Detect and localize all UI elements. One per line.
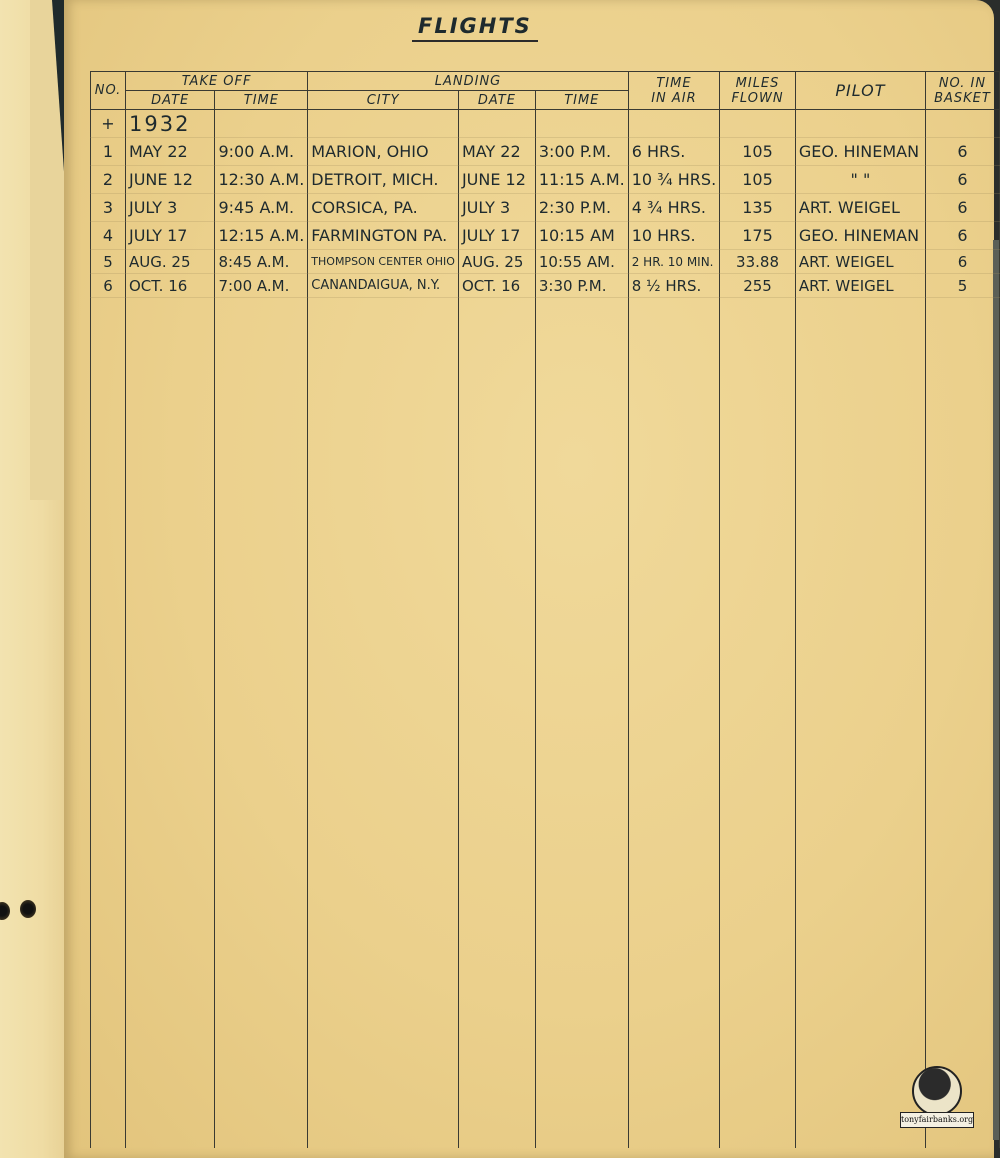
page-title: FLIGHTS xyxy=(412,14,538,42)
header-no-in-basket-line1: NO. IN xyxy=(929,76,996,91)
flight-no: 3 xyxy=(91,194,126,222)
takeoff-date: JULY 17 xyxy=(126,222,215,250)
miles-flown: 33.88 xyxy=(720,250,796,274)
table-row: 6 OCT. 16 7:00 A.M. CANANDAIGUA, N.Y. OC… xyxy=(91,274,1000,298)
landing-date: MAY 22 xyxy=(458,138,535,166)
pilot: ART. WEIGEL xyxy=(795,194,925,222)
no-in-basket: 6 xyxy=(925,138,999,166)
watermark-logo: tonyfairbanks.org xyxy=(900,1066,972,1132)
landing-time: 3:00 P.M. xyxy=(535,138,628,166)
landing-city: DETROIT, MICH. xyxy=(308,166,459,194)
no-in-basket: 6 xyxy=(925,250,999,274)
punch-hole xyxy=(20,900,36,918)
year-row: + 1932 xyxy=(91,110,1000,138)
header-miles-flown: MILES FLOWN xyxy=(720,72,796,110)
landing-city: CORSICA, PA. xyxy=(308,194,459,222)
time-in-air: 4 ¾ HRS. xyxy=(628,194,719,222)
landing-city: FARMINGTON PA. xyxy=(308,222,459,250)
table-row: 3 JULY 3 9:45 A.M. CORSICA, PA. JULY 3 2… xyxy=(91,194,1000,222)
miles-flown: 105 xyxy=(720,138,796,166)
flight-no: 2 xyxy=(91,166,126,194)
header-pilot: PILOT xyxy=(795,72,925,110)
landing-time: 2:30 P.M. xyxy=(535,194,628,222)
landing-date: JULY 17 xyxy=(458,222,535,250)
pilot: GEO. HINEMAN xyxy=(795,138,925,166)
landing-time: 10:15 AM xyxy=(535,222,628,250)
header-takeoff-date: DATE xyxy=(126,91,215,110)
year-marker: + xyxy=(91,110,126,138)
no-in-basket: 5 xyxy=(925,274,999,298)
watermark-text: tonyfairbanks.org xyxy=(900,1112,974,1128)
flight-no: 4 xyxy=(91,222,126,250)
header-no-in-basket-line2: BASKET xyxy=(929,91,996,106)
takeoff-date: JUNE 12 xyxy=(126,166,215,194)
header-landing-city: CITY xyxy=(308,91,459,110)
table-row: 5 AUG. 25 8:45 A.M. THOMPSON CENTER OHIO… xyxy=(91,250,1000,274)
flight-log-table: NO. TAKE OFF LANDING TIME IN AIR MILES F… xyxy=(90,71,1000,1148)
year-label: 1932 xyxy=(126,110,215,138)
table-row: 1 MAY 22 9:00 A.M. MARION, OHIO MAY 22 3… xyxy=(91,138,1000,166)
time-in-air: 10 HRS. xyxy=(628,222,719,250)
no-in-basket: 6 xyxy=(925,194,999,222)
landing-date: OCT. 16 xyxy=(458,274,535,298)
takeoff-time: 9:45 A.M. xyxy=(215,194,308,222)
takeoff-date: AUG. 25 xyxy=(126,250,215,274)
takeoff-time: 12:15 A.M. xyxy=(215,222,308,250)
time-in-air: 6 HRS. xyxy=(628,138,719,166)
takeoff-time: 7:00 A.M. xyxy=(215,274,308,298)
header-landing-date: DATE xyxy=(458,91,535,110)
flight-no: 6 xyxy=(91,274,126,298)
landing-time: 11:15 A.M. xyxy=(535,166,628,194)
header-landing: LANDING xyxy=(308,72,628,91)
header-miles-flown-line2: FLOWN xyxy=(723,91,792,106)
header-time-in-air-line1: TIME xyxy=(632,76,716,91)
header-no-in-basket: NO. IN BASKET xyxy=(925,72,999,110)
takeoff-date: JULY 3 xyxy=(126,194,215,222)
takeoff-date: MAY 22 xyxy=(126,138,215,166)
takeoff-date: OCT. 16 xyxy=(126,274,215,298)
table-row: 4 JULY 17 12:15 A.M. FARMINGTON PA. JULY… xyxy=(91,222,1000,250)
flight-no: 5 xyxy=(91,250,126,274)
landing-city: MARION, OHIO xyxy=(308,138,459,166)
landing-date: JULY 3 xyxy=(458,194,535,222)
time-in-air: 10 ¾ HRS. xyxy=(628,166,719,194)
miles-flown: 105 xyxy=(720,166,796,194)
landing-city: CANANDAIGUA, N.Y. xyxy=(308,274,459,298)
flight-no: 1 xyxy=(91,138,126,166)
table-row: 2 JUNE 12 12:30 A.M. DETROIT, MICH. JUNE… xyxy=(91,166,1000,194)
header-time-in-air: TIME IN AIR xyxy=(628,72,719,110)
time-in-air: 2 HR. 10 MIN. xyxy=(628,250,719,274)
pilot: ART. WEIGEL xyxy=(795,274,925,298)
header-no: NO. xyxy=(91,72,126,110)
miles-flown: 255 xyxy=(720,274,796,298)
header-time-in-air-line2: IN AIR xyxy=(632,91,716,106)
miles-flown: 135 xyxy=(720,194,796,222)
header-takeoff-time: TIME xyxy=(215,91,308,110)
empty-rows xyxy=(91,298,1000,1149)
takeoff-time: 8:45 A.M. xyxy=(215,250,308,274)
hot-air-balloon-icon xyxy=(912,1066,962,1116)
miles-flown: 175 xyxy=(720,222,796,250)
landing-city: THOMPSON CENTER OHIO xyxy=(308,250,459,274)
header-landing-time: TIME xyxy=(535,91,628,110)
header-miles-flown-line1: MILES xyxy=(723,76,792,91)
header-take-off: TAKE OFF xyxy=(126,72,308,91)
pilot: " " xyxy=(795,166,925,194)
pilot: ART. WEIGEL xyxy=(795,250,925,274)
no-in-basket: 6 xyxy=(925,166,999,194)
takeoff-time: 12:30 A.M. xyxy=(215,166,308,194)
landing-time: 3:30 P.M. xyxy=(535,274,628,298)
no-in-basket: 6 xyxy=(925,222,999,250)
pilot: GEO. HINEMAN xyxy=(795,222,925,250)
landing-date: JUNE 12 xyxy=(458,166,535,194)
time-in-air: 8 ½ HRS. xyxy=(628,274,719,298)
takeoff-time: 9:00 A.M. xyxy=(215,138,308,166)
landing-time: 10:55 AM. xyxy=(535,250,628,274)
landing-date: AUG. 25 xyxy=(458,250,535,274)
